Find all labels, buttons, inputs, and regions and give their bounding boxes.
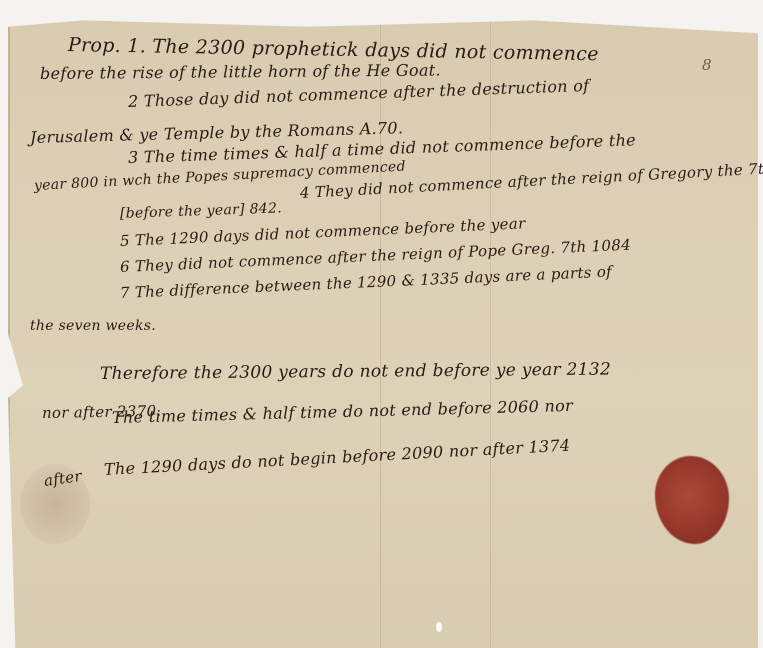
fold-crease	[380, 14, 381, 648]
light-spot	[436, 622, 442, 632]
text-line: the seven weeks.	[30, 318, 156, 334]
fold-crease	[490, 14, 491, 648]
text-line: before the rise of the little horn of th…	[40, 61, 441, 83]
page-number: 8	[702, 56, 712, 74]
